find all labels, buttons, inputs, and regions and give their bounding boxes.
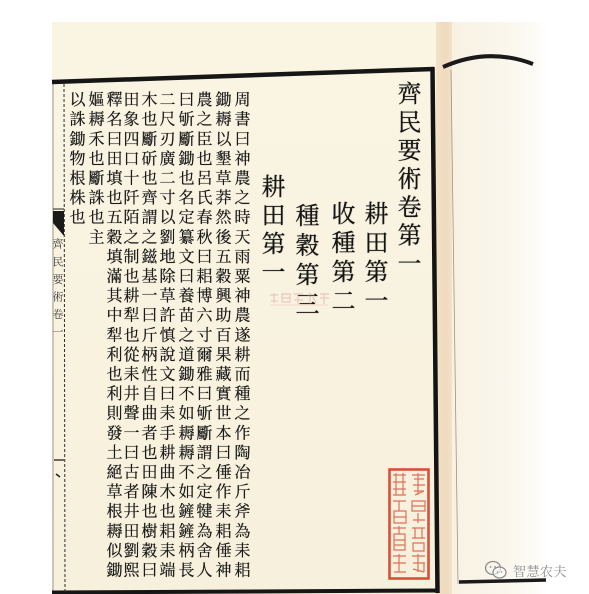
faint-pink-stamp <box>268 291 332 307</box>
commentary-column-7: 田象四口十阡陌之制也耕犁也從耒井聲一曰古者井田劉熙 <box>121 91 139 581</box>
commentary-column-6: 木也斸斫也齊謂之鎡基一曰斤柄性自曲者也田陳也樹穀曰 <box>139 91 157 581</box>
contents-item-1: 耕田第一 <box>361 201 387 317</box>
watermark-text: 智慧农夫 <box>513 561 567 580</box>
page-gutter <box>436 22 452 594</box>
right-page-paper <box>452 22 548 594</box>
commentary-column-8: 釋名曰田填也五穀填滿其中犁利也利則發土絕草根耨似鋤 <box>104 91 122 581</box>
commentary-column-5: 二尺刃廣二寸以劉地除草許慎說文曰耒手耕曲木也耜耒端 <box>157 91 175 581</box>
commentary-column-1: 周書曰神農之時天雨粟神農遂耕而種之作陶冶斤斧為耒耜 <box>232 91 250 581</box>
commentary-column-10: 以誅鋤物根株也 <box>67 91 85 228</box>
collector-seal-icon <box>388 468 430 580</box>
commentary-column-4: 曰斪斸鋤也名定纂文曰養苗之道鋤不如耨耨不如鏟鏟柄長 <box>176 91 194 581</box>
margin-title-strip: 齊民要術卷一 <box>53 238 63 346</box>
wechat-icon <box>484 559 508 581</box>
commentary-column-9: 嫗耨禾也斸誅也主 <box>86 91 104 248</box>
commentary-column-2: 鋤耨以墾草莽然後五穀興助百果藏實世本曰倕作耒耜倕神 <box>213 91 231 581</box>
chapter-heading: 耕田第一 <box>258 174 284 288</box>
commentary-column-3: 農之臣也呂氏春秋曰耜博六寸爾雅曰斪斸謂之定犍為舍人 <box>194 91 212 581</box>
margin-title: 齊民要術卷一 <box>53 238 63 344</box>
volume-title: 齊民要術卷第一 <box>394 81 420 279</box>
